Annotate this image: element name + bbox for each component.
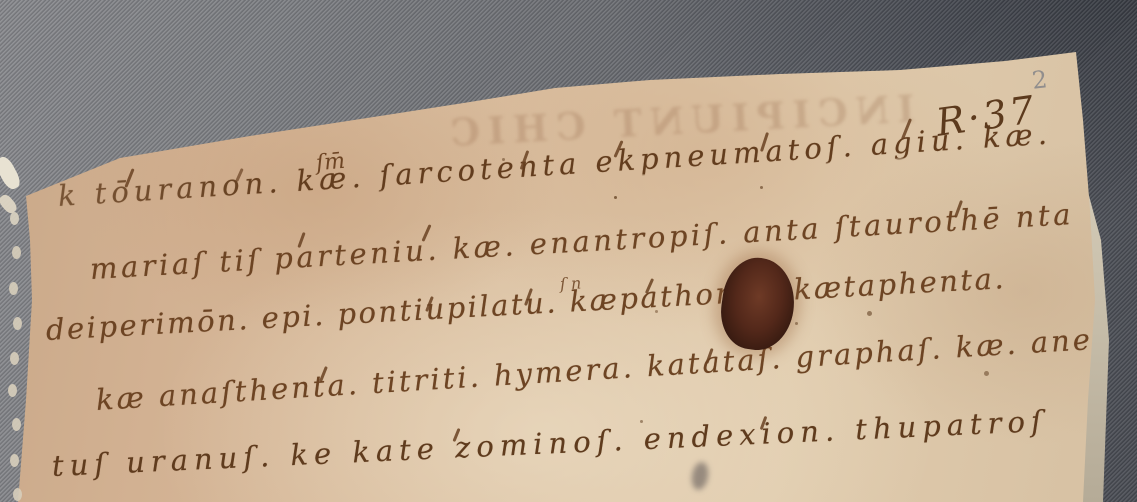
gray-smudge xyxy=(690,461,711,491)
sewing-stitch-loops xyxy=(10,212,19,225)
interlinear-note: ſ n xyxy=(560,273,582,293)
manuscript-line-5: tuſ uranuſ. ke kate zominoſ. endexion. t… xyxy=(51,407,1048,481)
manuscript-line-4: kæ anaſthenta. titriti. hymera. katataſ.… xyxy=(95,324,1106,415)
photo-scene: INCIPIUNT CHIC k tōuranon. kæ. ſarcotent… xyxy=(0,0,1137,502)
pencil-folio-number: 2 xyxy=(1031,65,1049,94)
ink-stain xyxy=(716,253,800,354)
superscript-note: ſm̄ xyxy=(315,149,346,176)
